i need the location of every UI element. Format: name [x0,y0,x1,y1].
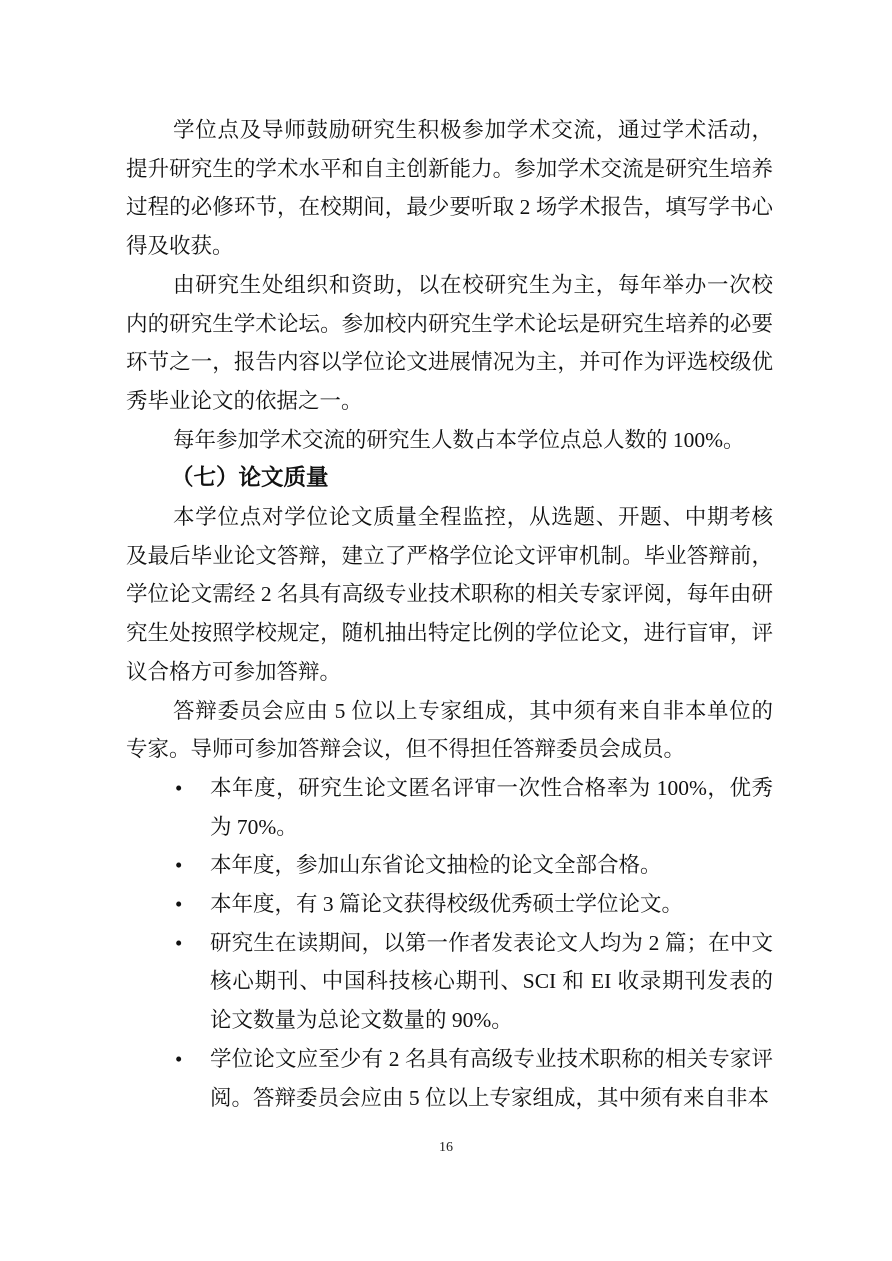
body-paragraph: 学位点及导师鼓励研究生积极参加学术交流，通过学术活动，提升研究生的学术水平和自主… [126,111,773,266]
body-paragraph: 每年参加学术交流的研究生人数占本学位点总人数的 100%。 [126,421,773,460]
bullet-marker-icon: • [175,885,182,924]
bullet-text: 本年度，有 3 篇论文获得校级优秀硕士学位论文。 [210,892,683,916]
bullet-text: 学位论文应至少有 2 名具有高级专业技术职称的相关专家评阅。答辩委员会应由 5 … [210,1047,773,1110]
bullet-list: • 本年度，研究生论文匿名评审一次性合格率为 100%，优秀为 70%。 • 本… [126,769,773,1117]
bullet-text: 本年度，研究生论文匿名评审一次性合格率为 100%，优秀为 70%。 [210,776,773,839]
bullet-item: • 本年度，有 3 篇论文获得校级优秀硕士学位论文。 [126,885,773,924]
section-heading: （七）论文质量 [126,459,773,498]
bullet-marker-icon: • [175,769,182,808]
body-paragraph: 本学位点对学位论文质量全程监控，从选题、开题、中期考核及最后毕业论文答辩，建立了… [126,498,773,692]
bullet-marker-icon: • [175,1040,182,1079]
bullet-text: 本年度，参加山东省论文抽检的论文全部合格。 [210,853,662,877]
bullet-text: 研究生在读期间，以第一作者发表论文人均为 2 篇；在中文核心期刊、中国科技核心期… [210,931,773,1032]
bullet-marker-icon: • [175,846,182,885]
page-number: 16 [0,1138,892,1158]
bullet-marker-icon: • [175,924,182,963]
document-page: 学位点及导师鼓励研究生积极参加学术交流，通过学术活动，提升研究生的学术水平和自主… [0,0,892,1261]
bullet-item: • 本年度，参加山东省论文抽检的论文全部合格。 [126,846,773,885]
body-paragraph: 答辩委员会应由 5 位以上专家组成，其中须有来自非本单位的专家。导师可参加答辩会… [126,692,773,769]
bullet-item: • 学位论文应至少有 2 名具有高级专业技术职称的相关专家评阅。答辩委员会应由 … [126,1040,773,1117]
bullet-item: • 研究生在读期间，以第一作者发表论文人均为 2 篇；在中文核心期刊、中国科技核… [126,924,773,1040]
bullet-item: • 本年度，研究生论文匿名评审一次性合格率为 100%，优秀为 70%。 [126,769,773,846]
document-body: 学位点及导师鼓励研究生积极参加学术交流，通过学术活动，提升研究生的学术水平和自主… [126,111,773,1117]
body-paragraph: 由研究生处组织和资助，以在校研究生为主，每年举办一次校内的研究生学术论坛。参加校… [126,266,773,421]
